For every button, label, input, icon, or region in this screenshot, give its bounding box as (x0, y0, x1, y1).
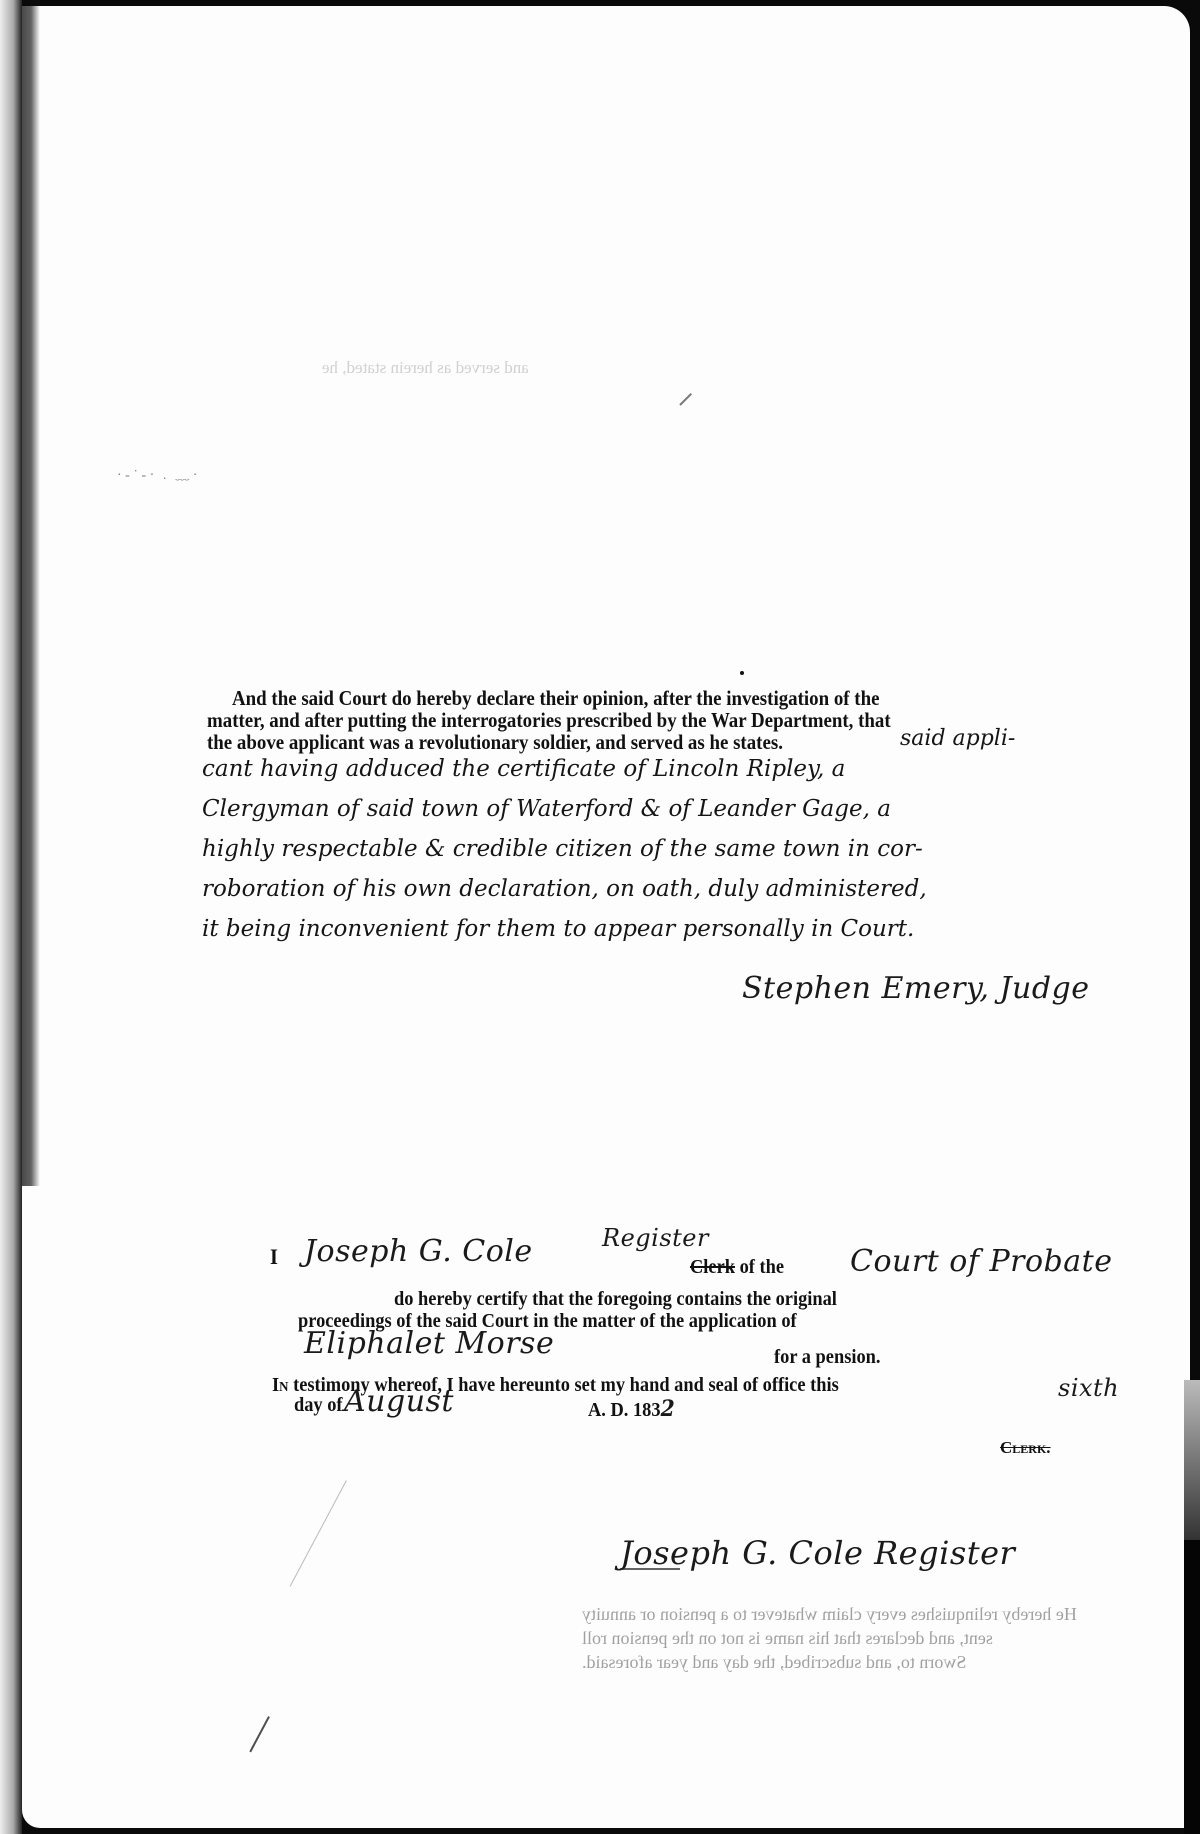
handwritten-addendum-start: said appli- (900, 726, 1015, 751)
document-page: and served as herein stated, he · ‐ ˙ ‐ … (22, 6, 1190, 1828)
page-left-shadow (22, 6, 40, 1186)
binding-edge (0, 0, 22, 1834)
month-handwritten: August (344, 1384, 454, 1419)
right-edge-shadow (1184, 1380, 1200, 1540)
signature-flourish (620, 1568, 680, 1570)
clerk-stamp-text: Clerk. (1000, 1438, 1051, 1457)
of-the-label: of the (740, 1256, 784, 1278)
handwritten-addendum-line-4: roboration of his own declaration, on oa… (202, 876, 927, 902)
certificate-pronoun: I (270, 1246, 278, 1268)
testimony-lead: In (272, 1374, 288, 1396)
bleed-line-1: He hereby relinquishes every claim whate… (582, 1602, 1077, 1626)
bleed-line-3: Sworn to, and subscribed, the day and ye… (582, 1650, 966, 1674)
day-of-label: day of (294, 1394, 343, 1416)
day-handwritten: sixth (1058, 1374, 1119, 1402)
year-suffix-handwritten: 2 (661, 1396, 676, 1422)
ink-dot (740, 671, 744, 675)
stray-ink-specks: · ‐ ˙ ‐ · ﹒ ﹏ · (117, 464, 197, 484)
court-name-handwritten: Court of Probate (850, 1244, 1112, 1279)
year-prefix: A. D. 183 (588, 1399, 661, 1421)
bleed-through-top: and served as herein stated, he (322, 358, 529, 378)
handwritten-addendum-line-2: Clergyman of said town of Waterford & of… (202, 796, 891, 822)
stray-mark (679, 393, 692, 406)
certify-line: do hereby certify that the foregoing con… (394, 1288, 837, 1310)
pencil-mark (249, 1716, 269, 1752)
for-pension-label: for a pension. (774, 1346, 881, 1368)
year-printed: A. D. 1832 (588, 1398, 675, 1421)
register-signature: Joseph G. Cole Register (620, 1534, 1015, 1572)
title-clerk-struck: Clerk (690, 1256, 735, 1278)
bleed-through-bottom: He hereby relinquishes every claim whate… (582, 1602, 1077, 1674)
bleed-line-2: sent, and declares that his name is not … (582, 1626, 993, 1650)
applicant-name-handwritten: Eliphalet Morse (304, 1326, 554, 1361)
title-register-handwritten: Register (602, 1224, 709, 1252)
clerk-name-handwritten: Joseph G. Cole (304, 1234, 533, 1269)
certificate-title-line: Clerk of the (690, 1256, 784, 1278)
handwritten-addendum-line-5: it being inconvenient for them to appear… (202, 916, 914, 942)
handwritten-addendum-line-1: cant having adduced the certificate of L… (202, 756, 845, 782)
clerk-stamp: Clerk. (1000, 1438, 1051, 1458)
faint-crease-line (290, 1480, 347, 1586)
judge-signature: Stephen Emery, Judge (742, 971, 1090, 1006)
handwritten-addendum-line-3: highly respectable & credible citizen of… (202, 836, 923, 862)
declaration-line-3: the above applicant was a revolutionary … (207, 730, 783, 755)
right-edge-border (1184, 1540, 1200, 1834)
